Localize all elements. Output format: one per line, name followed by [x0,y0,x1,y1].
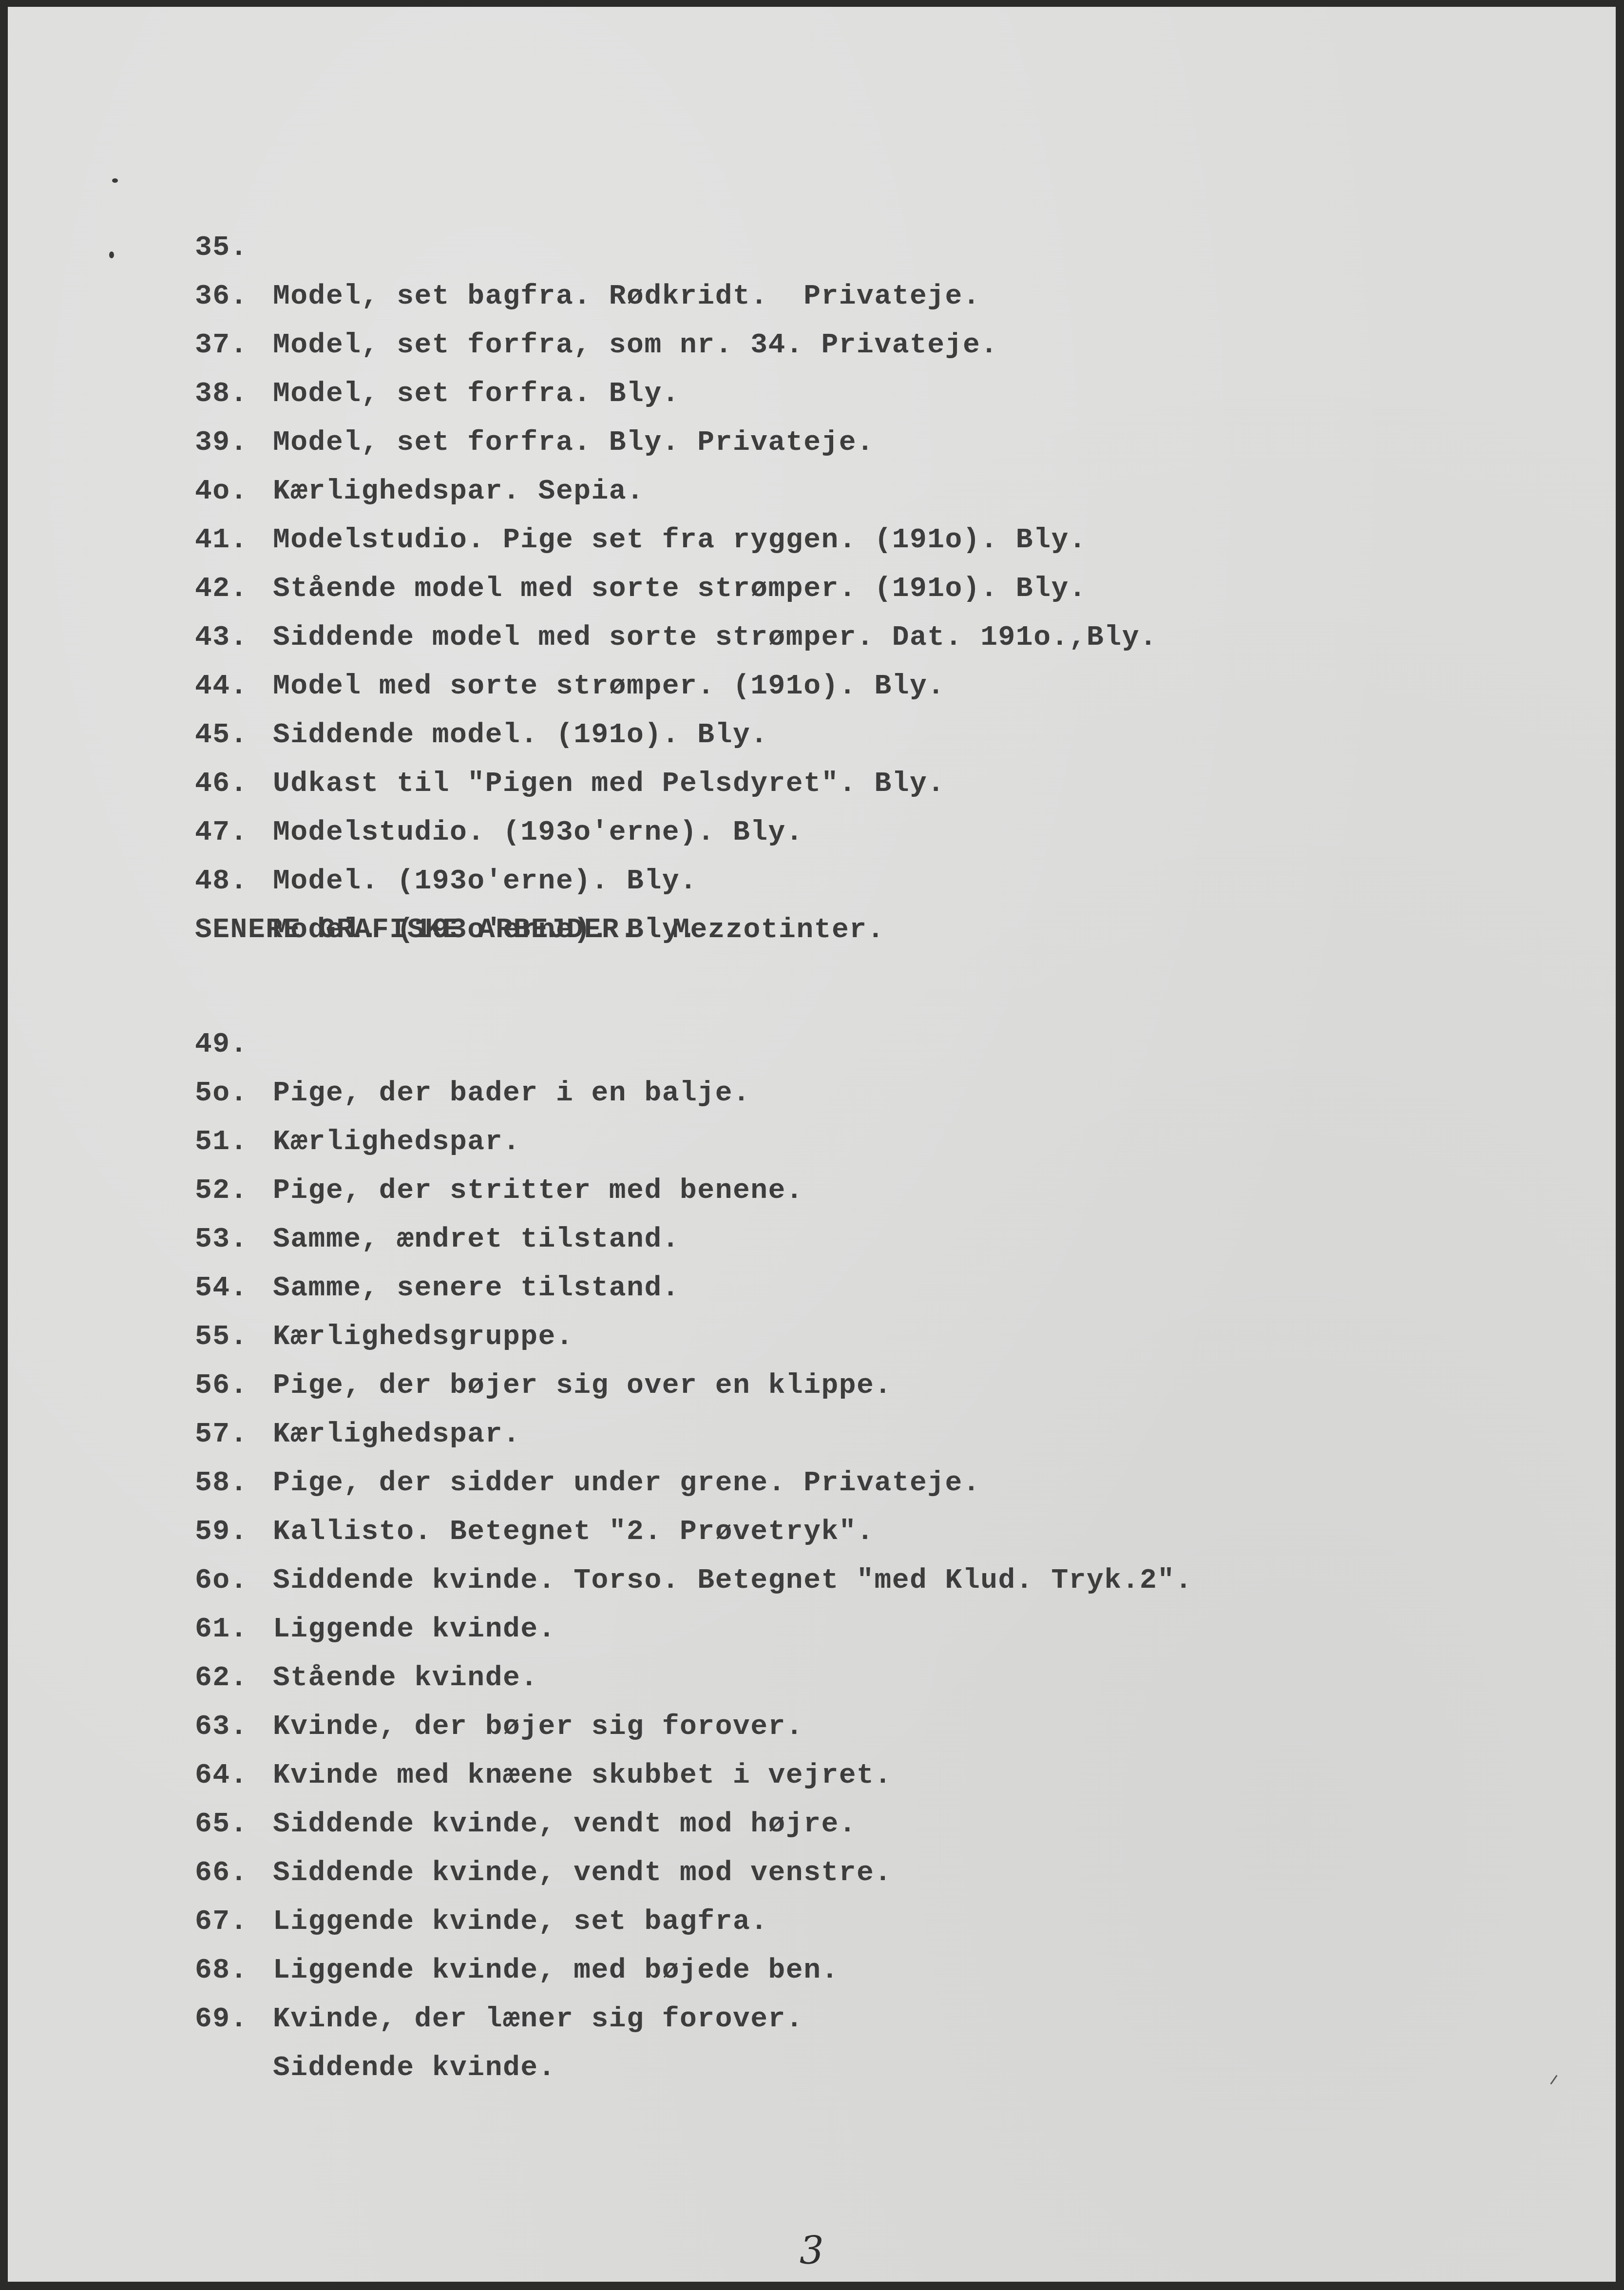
item-text: Siddende model med sorte strømper. Dat. … [273,614,1157,662]
item-number: 6o. [195,1557,273,1605]
list-item: 4o. Modelstudio. Pige set fra ryggen. (1… [8,419,114,467]
item-text: Pige, der bøjer sig over en klippe. [273,1362,892,1410]
list-item: 48. Model. (193o'erne). Bly. [8,808,114,857]
item-number: 41. [195,516,273,565]
item-number: 49. [195,1020,273,1069]
item-text: Stående model med sorte strømper. (191o)… [273,565,1087,614]
document-page: 35. Model, set bagfra. Rødkridt. Private… [8,7,1616,2282]
item-text: Liggende kvinde, med bøjede ben. [273,1946,839,1995]
item-text: Siddende model. (191o). Bly. [273,711,768,760]
item-number: 38. [195,370,273,419]
list-item: 57. Pige, der sidder under grene. Privat… [8,1362,114,1410]
item-text: Kærlighedspar. [273,1118,520,1167]
item-number: 62. [195,1654,273,1703]
item-number: 58. [195,1459,273,1508]
item-text: Liggende kvinde. [273,1605,556,1654]
item-text: Pige, der bader i en balje. [273,1069,750,1118]
item-text: Udkast til "Pigen med Pelsdyret". Bly. [273,760,945,808]
item-number: 45. [195,711,273,760]
list-item: 6o. Liggende kvinde. [8,1508,114,1557]
item-number: 54. [195,1264,273,1313]
list-item: 45. Udkast til "Pigen med Pelsdyret". Bl… [8,662,114,711]
item-text: Modelstudio. Pige set fra ryggen. (191o)… [273,516,1087,565]
item-text: Model, set forfra. Bly. Privateje. [273,419,874,467]
list-item: 68. Kvinde, der læner sig forover. [8,1898,114,1946]
item-text: Siddende kvinde. Torso. Betegnet "med Kl… [273,1557,1193,1605]
item-number: 55. [195,1313,273,1362]
list-item: 59. Siddende kvinde. Torso. Betegnet "me… [8,1459,114,1508]
item-text: Kvinde, der læner sig forover. [273,1995,803,2044]
item-number: 65. [195,1800,273,1849]
list-item: 69. Siddende kvinde. [8,1946,114,1995]
list-item: 61. Stående kvinde. [8,1557,114,1605]
list-item: 35. Model, set bagfra. Rødkridt. Private… [8,175,114,224]
list-item: 54. Kærlighedsgruppe. [8,1215,114,1264]
list-item: 5o. Kærlighedspar. [8,1020,114,1069]
section-heading: SENERE GRAFISKE ARBEJDER. Mezzotinter. [195,906,885,955]
item-number: 36. [195,272,273,321]
item-number: 61. [195,1605,273,1654]
item-number: 63. [195,1703,273,1751]
item-text: Pige, der stritter med benene. [273,1167,803,1215]
list-item: 43. Model med sorte strømper. (191o). Bl… [8,565,114,614]
item-text: Model med sorte strømper. (191o). Bly. [273,662,945,711]
list-item: 38. Model, set forfra. Bly. Privateje. [8,321,114,370]
item-number: 69. [195,1995,273,2044]
item-text: Model, set forfra. Bly. [273,370,680,419]
item-text: Modelstudio. (193o'erne). Bly. [273,808,803,857]
item-text: Kærlighedspar. [273,1410,520,1459]
list-item: 56. Kærlighedspar. [8,1313,114,1362]
item-number: 57. [195,1410,273,1459]
item-text: Pige, der sidder under grene. Privateje. [273,1459,980,1508]
item-number: 43. [195,614,273,662]
item-number: 47. [195,808,273,857]
list-item: 64. Siddende kvinde, vendt mod højre. [8,1703,114,1751]
item-number: 51. [195,1118,273,1167]
item-number: 53. [195,1215,273,1264]
item-number: 39. [195,419,273,467]
item-number: 4o. [195,467,273,516]
pencil-mark [1550,2075,1557,2085]
item-number: 68. [195,1946,273,1995]
list-item: 67. Liggende kvinde, med bøjede ben. [8,1849,114,1898]
list-item: 65. Siddende kvinde, vendt mod venstre. [8,1751,114,1800]
list-item: 52. Samme, ændret tilstand. [8,1118,114,1167]
item-text: Kvinde med knæene skubbet i vejret. [273,1751,892,1800]
list-item: 39. Kærlighedspar. Sepia. [8,370,114,419]
item-text: Kærlighedspar. Sepia. [273,467,644,516]
page-number: 3 [800,2227,824,2275]
item-number: 56. [195,1362,273,1410]
item-text: Model, set bagfra. Rødkridt. Privateje. [273,272,980,321]
list-item: 51. Pige, der stritter med benene. [8,1069,114,1118]
item-text: Kvinde, der bøjer sig forover. [273,1703,803,1751]
list-item: 47. Model. (193o'erne). Bly. [8,760,114,808]
list-item: 42. Siddende model med sorte strømper. D… [8,516,114,565]
list-item: 62. Kvinde, der bøjer sig forover. [8,1605,114,1654]
list-item: 55. Pige, der bøjer sig over en klippe. [8,1264,114,1313]
item-text: Liggende kvinde, set bagfra. [273,1898,768,1946]
item-text: Kærlighedsgruppe. [273,1313,573,1362]
list-item: 46. Modelstudio. (193o'erne). Bly. [8,711,114,760]
item-number: 46. [195,760,273,808]
item-number: 67. [195,1898,273,1946]
item-text: Samme, ændret tilstand. [273,1215,680,1264]
list-item: 44. Siddende model. (191o). Bly. [8,614,114,662]
item-text: Model, set forfra, som nr. 34. Privateje… [273,321,998,370]
item-number: 5o. [195,1069,273,1118]
list-item: 36. Model, set forfra, som nr. 34. Priva… [8,224,114,272]
list-item: 37. Model, set forfra. Bly. [8,272,114,321]
item-number: 64. [195,1751,273,1800]
item-number: 59. [195,1508,273,1557]
item-text: Model. (193o'erne). Bly. [273,857,697,906]
list-item: 63. Kvinde med knæene skubbet i vejret. [8,1654,114,1703]
item-text: Siddende kvinde, vendt mod højre. [273,1800,857,1849]
item-text: Stående kvinde. [273,1654,538,1703]
list-item: 41. Stående model med sorte strømper. (1… [8,467,114,516]
list-item: 58. Kallisto. Betegnet "2. Prøvetryk". [8,1410,114,1459]
list-item: 49. Pige, der bader i en balje. [8,972,114,1020]
item-number: 66. [195,1849,273,1898]
item-number: 37. [195,321,273,370]
item-number: 44. [195,662,273,711]
item-text: Siddende kvinde. [273,2044,556,2093]
item-number: 35. [195,224,273,272]
item-number: 42. [195,565,273,614]
item-text: Samme, senere tilstand. [273,1264,680,1313]
item-text: Siddende kvinde, vendt mod venstre. [273,1849,892,1898]
list-item: 66. Liggende kvinde, set bagfra. [8,1800,114,1849]
item-number: 48. [195,857,273,906]
list-item: 53. Samme, senere tilstand. [8,1167,114,1215]
item-text: Kallisto. Betegnet "2. Prøvetryk". [273,1508,874,1557]
item-number: 52. [195,1167,273,1215]
